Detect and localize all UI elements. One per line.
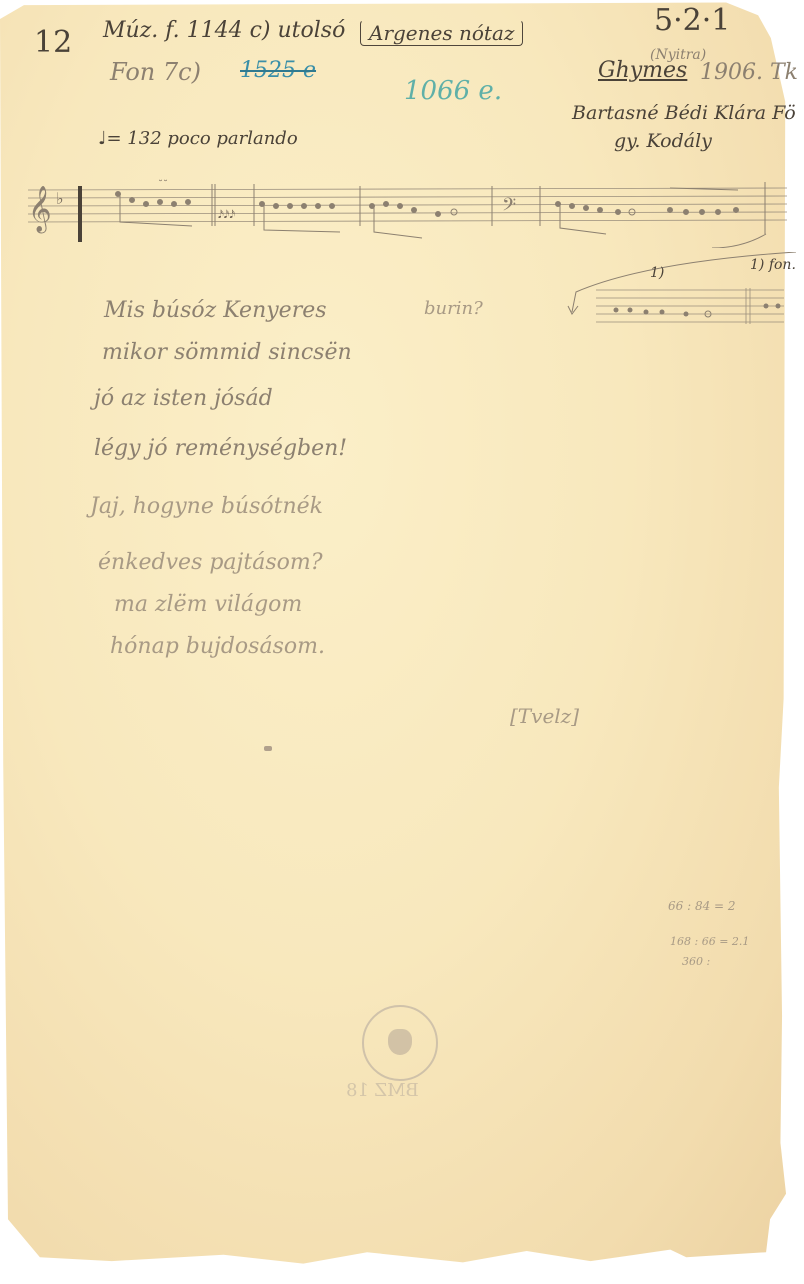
variant-footnote-1: 1) xyxy=(650,266,664,280)
library-stamp xyxy=(362,1005,438,1081)
svg-text:♭: ♭ xyxy=(56,189,64,208)
svg-text:𝄞: 𝄞 xyxy=(28,186,52,234)
calculation-line-1: 66 : 84 = 2 xyxy=(668,900,736,912)
calculation-line-2: 168 : 66 = 2.1 xyxy=(670,936,749,947)
lyric-line: jó az isten jósád xyxy=(94,388,273,410)
stamp-inventory-number: BMZ 18 xyxy=(346,1082,419,1100)
tempo-marking: ♩= 132 poco parlando xyxy=(98,130,298,148)
signature: [Tvelz] xyxy=(510,706,579,726)
blue-catalog-number: 1066 e. xyxy=(404,78,502,104)
svg-text:𝅘𝅥𝅯𝅘𝅥𝅯𝅘𝅥𝅯: 𝅘𝅥𝅯𝅘𝅥𝅯𝅘𝅥𝅯 xyxy=(218,208,235,221)
svg-text:𝄢: 𝄢 xyxy=(502,195,516,220)
lyric-line: mikor sömmid sincsën xyxy=(102,342,352,364)
classification-number: 5·2·1 xyxy=(654,6,730,36)
year-collector: 1906. Tk xyxy=(700,62,798,84)
lyric-line: ma zlëm világom xyxy=(114,594,302,616)
page-number: 12 xyxy=(34,28,72,58)
music-staff: 𝄞 ♭ xyxy=(22,178,792,248)
svg-text:˘˘: ˘˘ xyxy=(158,180,168,191)
song-type-title: Argenes nótaz xyxy=(360,20,523,46)
lyric-line: légy jó reménységben! xyxy=(94,438,347,460)
struck-number: 1525 e xyxy=(240,60,316,82)
phonograph-reference: Fon 7c) xyxy=(110,60,201,84)
pencil-smudge xyxy=(264,746,272,751)
lyric-line: Jaj, hogyne búsótnék xyxy=(90,496,323,518)
calculation-line-3: 360 : xyxy=(682,956,710,967)
place-name: Ghymes xyxy=(598,60,687,82)
lyric-margin-note: burin? xyxy=(424,300,483,318)
singer-name: Bartasné Bédi Klára Fö xyxy=(572,104,796,123)
catalog-reference: Múz. f. 1144 c) utolsó xyxy=(103,20,345,42)
variant-footnote-fon: 1) fon. xyxy=(750,258,796,272)
collector-name: gy. Kodály xyxy=(614,132,712,151)
lyric-line: Mis búsóz Kenyeres xyxy=(104,300,327,322)
lyric-line: hónap bujdosásom. xyxy=(110,636,325,658)
lyric-line: énkedves pajtásom? xyxy=(98,552,323,574)
